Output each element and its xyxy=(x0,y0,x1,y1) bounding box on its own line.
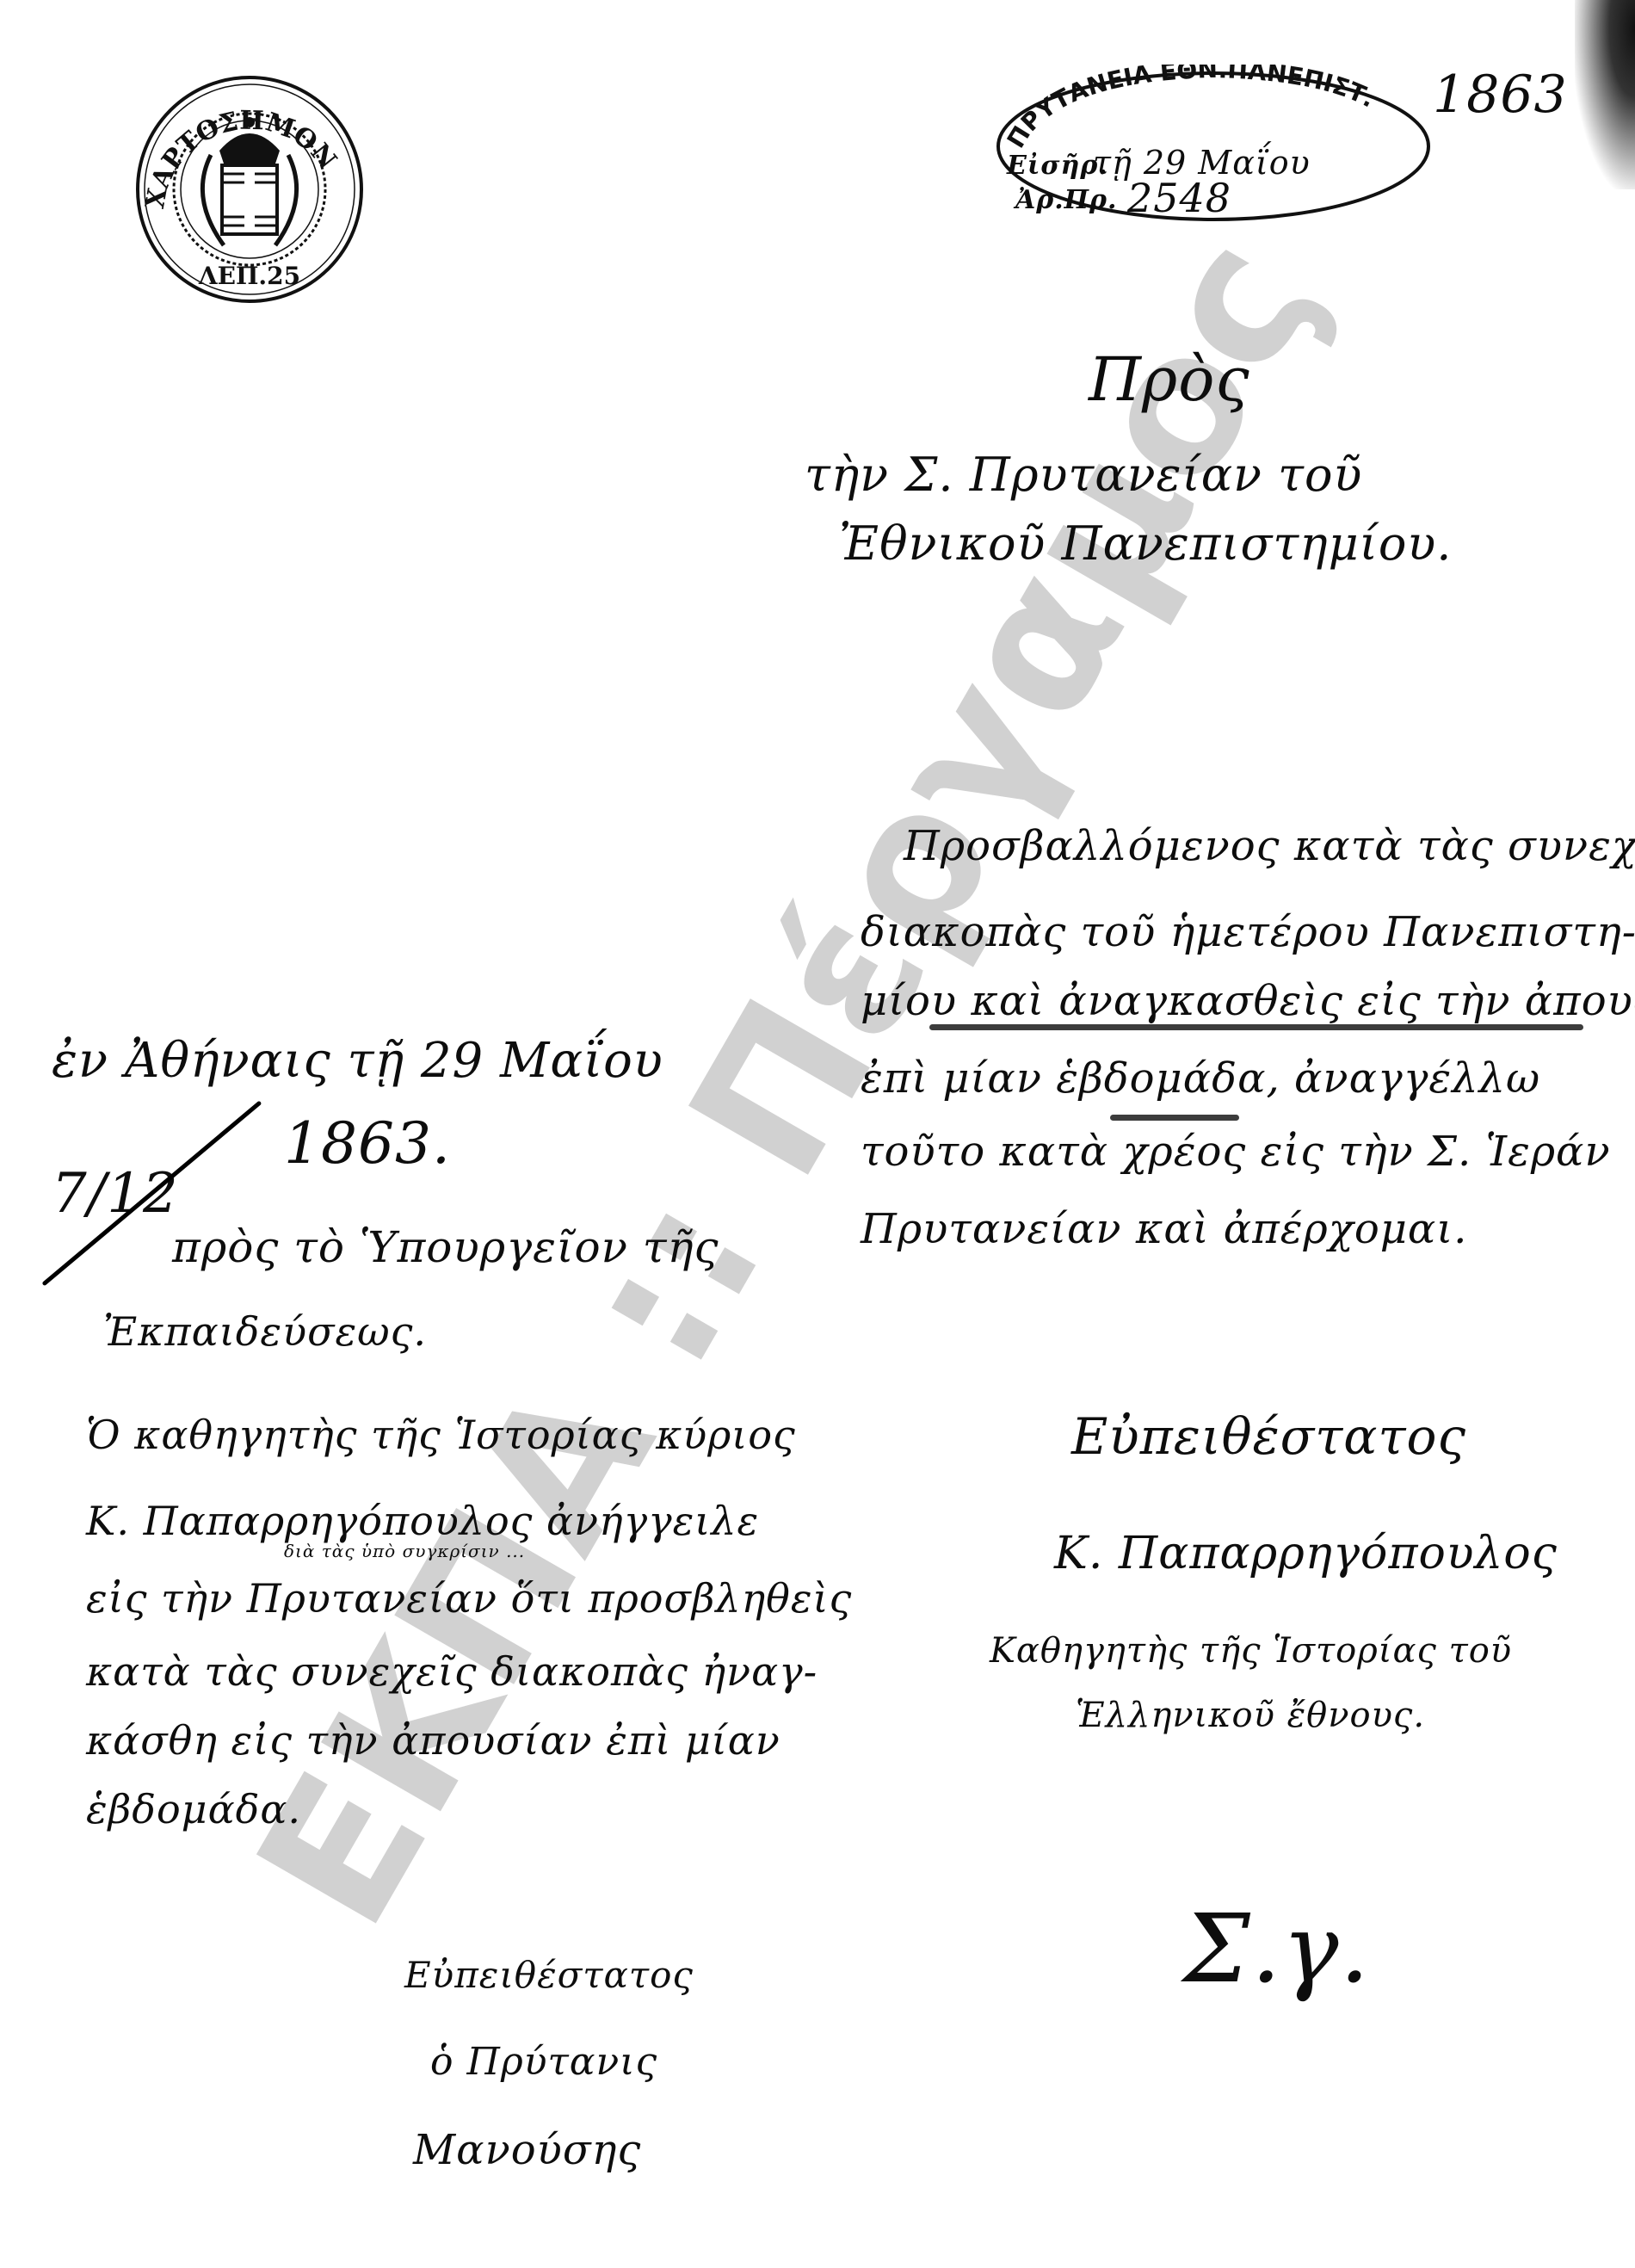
underline-mark xyxy=(929,1024,1583,1030)
salutation-line3: Ἐθνικοῦ Πανεπιστημίου. xyxy=(839,516,1452,571)
reference-number: 7/12 xyxy=(52,1162,179,1226)
annotation-line2: Ἐκπαιδεύσεως. xyxy=(103,1308,427,1355)
salutation-line2: τὴν Σ. Πρυτανείαν τοῦ xyxy=(805,448,1362,502)
body-line: Πρυτανείαν καὶ ἀπέρχομαι. xyxy=(861,1205,1467,1253)
signature: Κ. Παπαρρηγόπουλος xyxy=(1054,1528,1558,1579)
registry-stamp: ΠΡΥΤΑΝΕΙΑ ΕΘΝ.ΠΑΝΕΠΙΣΤ. Εἰσῆρ. τῇ 29 Μαΐ… xyxy=(990,65,1437,224)
scan-edge-shadow xyxy=(1575,0,1635,189)
salutation-pros: Πρὸς xyxy=(1089,344,1250,415)
rector-closing: Εὐπειθέστατος xyxy=(404,1954,694,1996)
body-line: μίου καὶ ἀναγκασθεὶς εἰς τὴν ἀπουσίαν xyxy=(861,977,1635,1025)
note-line: Ὁ καθηγητὴς τῆς Ἱστορίας κύριος xyxy=(86,1412,796,1458)
body-line: Προσβαλλόμενος κατὰ τὰς συνεχεῖς xyxy=(904,822,1635,870)
closing: Εὐπειθέστατος xyxy=(1071,1407,1466,1466)
body-line: τοῦτο κατὰ χρέος εἰς τὴν Σ. Ἱεράν xyxy=(861,1128,1611,1176)
date-place: ἐν Ἀθήναις τῇ 29 Μαΐου xyxy=(52,1033,663,1089)
stamp-year: 1863 xyxy=(1433,65,1568,125)
annotation-line1: πρὸς τὸ Ὑπουργεῖον τῆς xyxy=(172,1222,719,1272)
note-line: κάσθη εἰς τὴν ἀπουσίαν ἐπὶ μίαν xyxy=(86,1717,780,1764)
revenue-stamp-icon: ΧΑΡΤΟΣΗΜΟΝ ΛΕΠ.25 xyxy=(129,69,370,310)
protocol-label: Ἀρ.Πρ. xyxy=(1015,185,1117,215)
svg-text:ΠΡΥΤΑΝΕΙΑ ΕΘΝ.ΠΑΝΕΠΙΣΤ.: ΠΡΥΤΑΝΕΙΑ ΕΘΝ.ΠΑΝΕΠΙΣΤ. xyxy=(1002,65,1380,153)
body-line: διακοπὰς τοῦ ἡμετέρου Πανεπιστη- xyxy=(861,908,1635,956)
document-page: ΕΚΠΑ :: Πέργαμος ΧΑΡΤΟΣΗΜΟΝ xyxy=(0,0,1635,2268)
protocol-number: 2548 xyxy=(1127,175,1231,221)
signer-title-line1: Καθηγητὴς τῆς Ἱστορίας τοῦ xyxy=(990,1631,1512,1671)
body-line: ἐπὶ μίαν ἑβδομάδα, ἀναγγέλλω xyxy=(861,1054,1540,1103)
underline-mark xyxy=(1110,1115,1239,1121)
note-line: Κ. Παπαρρηγόπουλος ἀνήγγειλε xyxy=(86,1498,759,1544)
signer-title-line2: Ἑλληνικοῦ ἔθνους. xyxy=(1076,1696,1425,1735)
note-line: κατὰ τὰς συνεχεῖς διακοπὰς ἠναγ- xyxy=(86,1648,817,1695)
note-line: ἑβδομάδα. xyxy=(86,1786,301,1832)
date-year: 1863. xyxy=(284,1110,451,1177)
rector-title: ὁ Πρύτανις xyxy=(430,2040,657,2084)
initials-mark: Σ.γ. xyxy=(1183,1894,1370,2004)
note-line: εἰς τὴν Πρυτανείαν ὅτι προσβληθεὶς xyxy=(86,1575,852,1622)
interlinear-insert: διὰ τὰς ὑπὸ συγκρίσιν ... xyxy=(284,1541,525,1561)
revenue-stamp: ΧΑΡΤΟΣΗΜΟΝ ΛΕΠ.25 xyxy=(129,69,370,310)
rector-signature: Μανούσης xyxy=(413,2126,641,2174)
svg-text:ΛΕΠ.25: ΛΕΠ.25 xyxy=(198,262,300,290)
